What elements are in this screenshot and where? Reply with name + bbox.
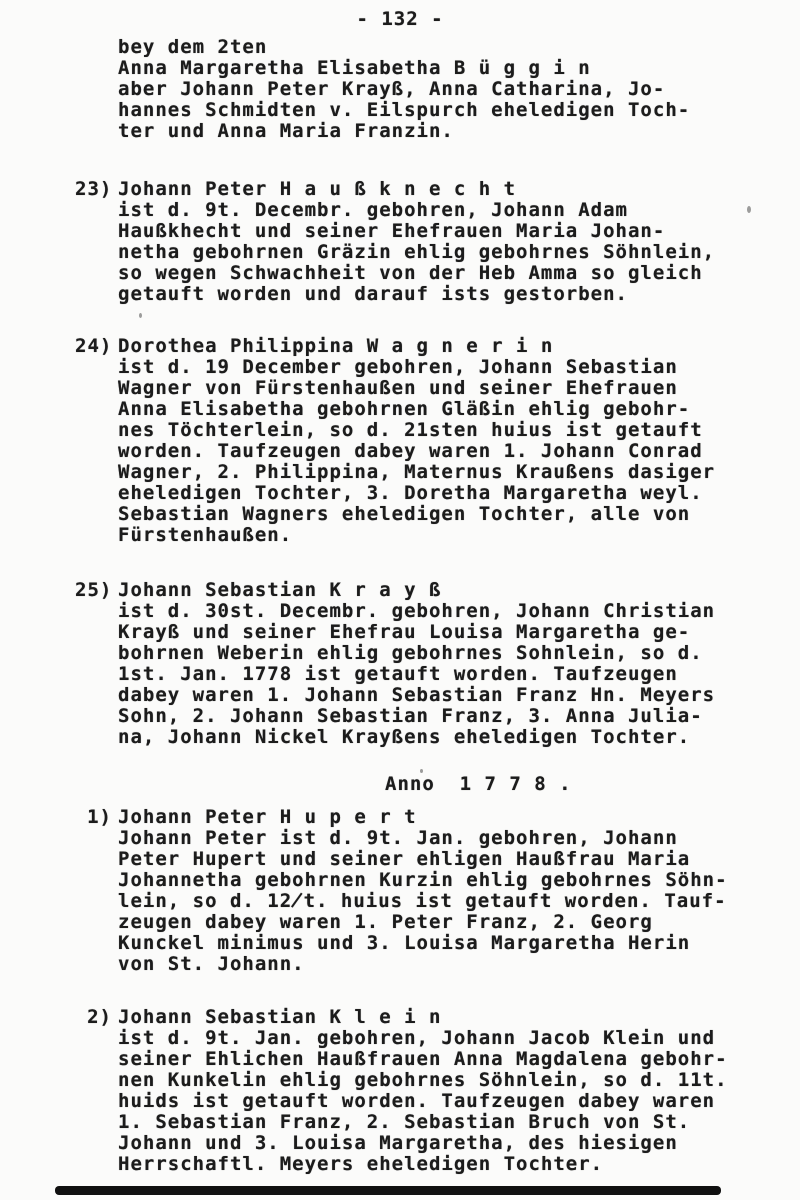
- entry-number: 23): [75, 179, 112, 200]
- entry-text: Johann Sebastian K r a y ß ist d. 30st. …: [118, 580, 715, 748]
- entry-number: 24): [75, 336, 112, 357]
- register-entry-25: 25) Johann Sebastian K r a y ß ist d. 30…: [75, 580, 760, 748]
- entry-text: Johann Peter H a u ß k n e c h t ist d. …: [118, 179, 715, 305]
- register-entry-1: 1) Johann Peter H u p e r t Johann Peter…: [75, 807, 760, 975]
- anno-1778-heading: Anno 1 7 7 8 .: [385, 774, 760, 795]
- entry-text: bey dem 2ten Anna Margaretha Elisabetha …: [118, 37, 690, 142]
- entry-number: 2): [75, 1007, 112, 1028]
- scan-speck: [747, 206, 751, 213]
- register-entry-24: 24) Dorothea Philippina W a g n e r i n …: [75, 336, 760, 546]
- page-content: bey dem 2ten Anna Margaretha Elisabetha …: [0, 37, 800, 1175]
- scan-speck: [420, 769, 423, 773]
- entry-text: Johann Sebastian K l e i n ist d. 9t. Ja…: [118, 1007, 728, 1175]
- entry-number: 25): [75, 580, 112, 601]
- page-number: - 132 -: [0, 0, 800, 30]
- register-entry-23: 23) Johann Peter H a u ß k n e c h t ist…: [75, 179, 760, 305]
- entry-text: Johann Peter H u p e r t Johann Peter is…: [118, 807, 728, 975]
- entry-number: 1): [75, 807, 112, 828]
- scan-edge-artifact: [55, 1186, 721, 1195]
- carryover-entry: bey dem 2ten Anna Margaretha Elisabetha …: [75, 37, 760, 142]
- register-entry-2: 2) Johann Sebastian K l e i n ist d. 9t.…: [75, 1007, 760, 1175]
- scan-speck: [139, 313, 142, 318]
- entry-text: Dorothea Philippina W a g n e r i n ist …: [118, 336, 715, 546]
- scanned-register-page: - 132 - bey dem 2ten Anna Margaretha Eli…: [0, 0, 800, 1200]
